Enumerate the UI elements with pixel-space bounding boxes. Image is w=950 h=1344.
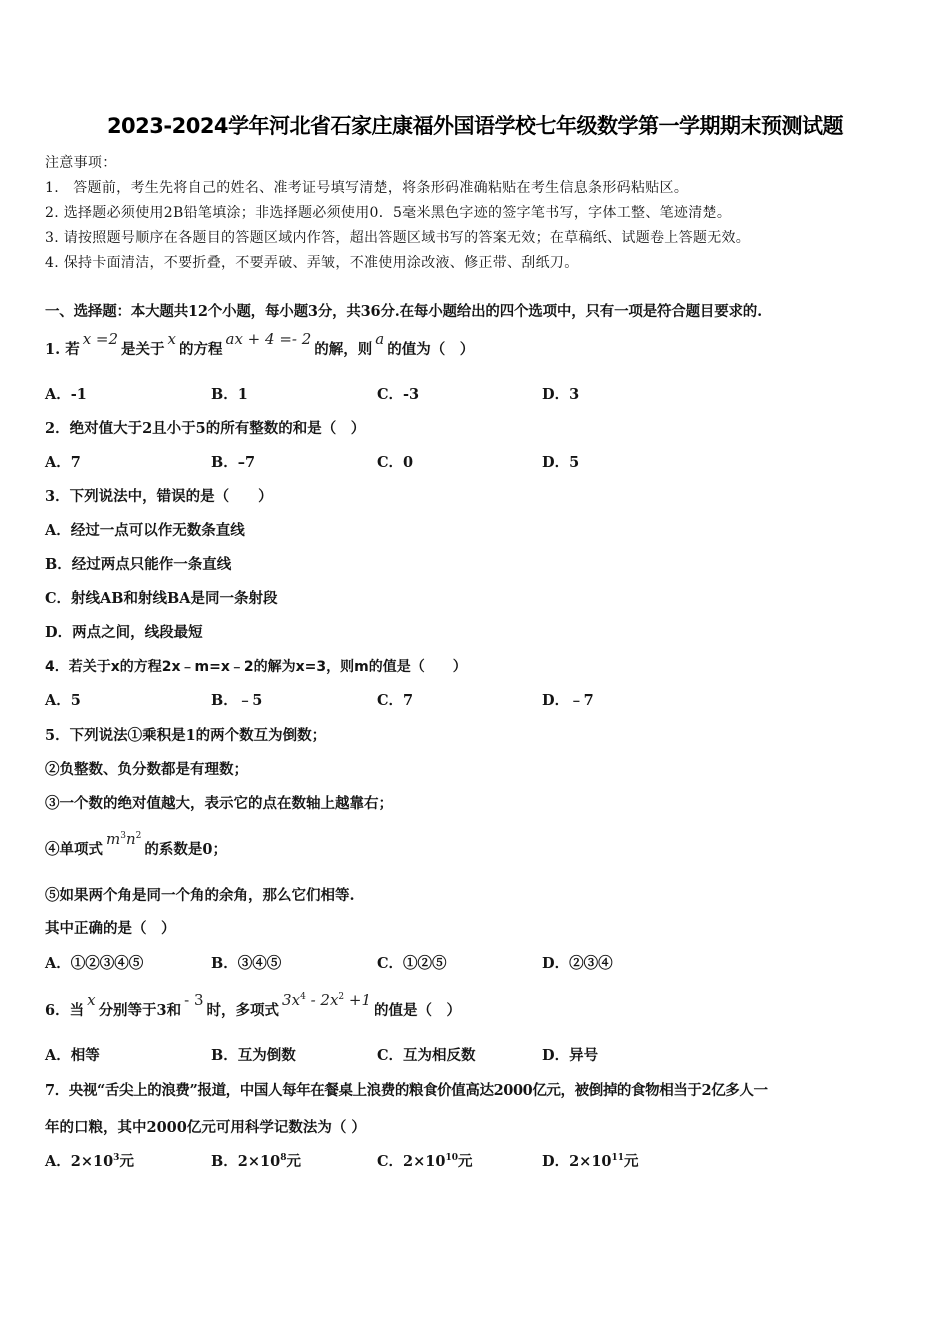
question-5: 5．下列说法①乘积是1的两个数互为倒数；	[45, 726, 326, 746]
q2-option-b: B．–7	[211, 453, 255, 473]
q5-statement-2: ②负整数、负分数都是有理数；	[45, 760, 248, 780]
question-1: 1. 若x =2是关于x的方程ax + 4 =- 2的解，则a的值为（ ）	[45, 339, 474, 360]
section-heading: 一、选择题：本大题共12个小题，每小题3分，共36分.在每小题给出的四个选项中，…	[45, 302, 762, 322]
q6-option-c: C．互为相反数	[377, 1046, 476, 1066]
exam-title: 2023-2024学年河北省石家庄康福外国语学校七年级数学第一学期期末预测试题	[0, 110, 950, 140]
question-4: 4．若关于x的方程2x﹣m=x﹣2的解为x=3，则m的值是（ ）	[45, 657, 467, 677]
q6-option-d: D．异号	[542, 1046, 598, 1066]
q4-option-b: B．﹣5	[211, 691, 262, 711]
q2-option-c: C．0	[377, 453, 413, 473]
q4-option-d: D．﹣7	[542, 691, 594, 711]
q5-statement-5: ⑤如果两个角是同一个角的余角，那么它们相等.	[45, 886, 355, 906]
notice-item-3: 3. 请按照题号顺序在各题目的答题区域内作答，超出答题区域书写的答案无效；在草稿…	[45, 228, 750, 248]
q7-option-d: D．2×1011元	[542, 1152, 639, 1172]
q2-option-d: D．5	[542, 453, 579, 473]
q6-option-a: A．相等	[45, 1046, 100, 1066]
question-2: 2．绝对值大于2且小于5的所有整数的和是（ ）	[45, 419, 365, 439]
question-7-line-2: 年的口粮，其中2000亿元可用科学记数法为（ ）	[45, 1118, 366, 1138]
q4-option-a: A．5	[45, 691, 81, 711]
polynomial-expression: 3x4 - 2x2 +1	[279, 991, 374, 1009]
q5-statement-3: ③一个数的绝对值越大，表示它的点在数轴上越靠右；	[45, 794, 393, 814]
q3-option-b: B．经过两点只能作一条直线	[45, 555, 231, 575]
q3-option-c: C．射线AB和射线BA是同一条射段	[45, 589, 278, 609]
exam-page: 2023-2024学年河北省石家庄康福外国语学校七年级数学第一学期期末预测试题 …	[0, 0, 950, 1344]
monomial-expression: m3n2	[103, 830, 144, 848]
math-expression: ax + 4 =- 2	[223, 330, 315, 348]
q6-option-b: B．互为倒数	[211, 1046, 296, 1066]
math-expression: x =2	[80, 330, 121, 348]
q1-option-c: C．-3	[377, 385, 419, 405]
q7-option-c: C．2×1010元	[377, 1152, 473, 1172]
notice-heading: 注意事项：	[45, 153, 117, 173]
math-expression: a	[372, 330, 387, 348]
q1-option-a: A．-1	[45, 385, 87, 405]
variable-x: x	[84, 991, 98, 1009]
q4-option-c: C．7	[377, 691, 413, 711]
q3-option-a: A．经过一点可以作无数条直线	[45, 521, 245, 541]
q5-prompt: 其中正确的是（ ）	[45, 919, 176, 939]
q5-option-b: B．③④⑤	[211, 954, 281, 974]
question-7-line-1: 7．央视“舌尖上的浪费”报道，中国人每年在餐桌上浪费的粮食价值高达2000亿元，…	[45, 1081, 768, 1101]
q5-option-a: A．①②③④⑤	[45, 954, 143, 974]
q5-option-c: C．①②⑤	[377, 954, 447, 974]
q2-option-a: A．7	[45, 453, 81, 473]
q7-option-a: A．2×103元	[45, 1152, 134, 1172]
math-expression: x	[165, 330, 179, 348]
q1-option-b: B．1	[211, 385, 248, 405]
question-number: 1.	[45, 341, 60, 358]
q3-option-d: D．两点之间，线段最短	[45, 623, 203, 643]
q7-option-b: B．2×108元	[211, 1152, 301, 1172]
notice-item-2: 2. 选择题必须使用2B铅笔填涂；非选择题必须使用0．5毫米黑色字迹的签字笔书写…	[45, 203, 731, 223]
question-3: 3．下列说法中，错误的是（ ）	[45, 487, 273, 507]
q1-option-d: D．3	[542, 385, 579, 405]
q5-statement-4: ④单项式m3n2的系数是0；	[45, 839, 227, 860]
question-6: 6．当x分别等于3和- 3时，多项式3x4 - 2x2 +1的值是（ ）	[45, 1000, 461, 1021]
notice-item-4: 4. 保持卡面清洁，不要折叠，不要弄破、弄皱，不准使用涂改液、修正带、刮纸刀。	[45, 253, 579, 273]
value-neg-3: - 3	[181, 991, 206, 1009]
notice-item-1: 1. 答题前，考生先将自己的姓名、准考证号填写清楚，将条形码准确粘贴在考生信息条…	[45, 178, 688, 198]
q5-option-d: D．②③④	[542, 954, 613, 974]
